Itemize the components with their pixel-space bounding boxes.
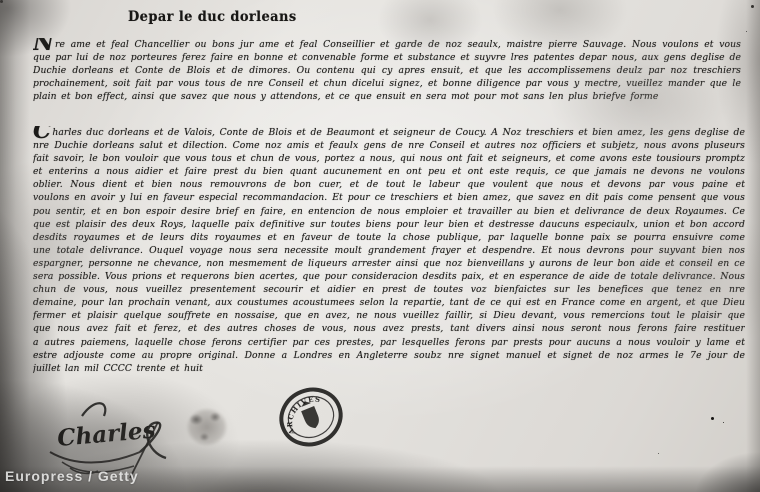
- manuscript-line: oblier. Nous dient et bien nous remouvro…: [33, 178, 745, 191]
- address-paragraph: Nre ame et feal Chancellier ou bons jur …: [33, 38, 741, 103]
- manuscript-line: fait savoir, le bon vouloir que vous tou…: [33, 152, 745, 165]
- manuscript-line: demaine, pour lan prochain venant, aux c…: [33, 296, 745, 309]
- manuscript-line: Charles duc dorleans et de Valois, Conte…: [33, 126, 745, 139]
- ink-specks: [0, 0, 3, 3]
- manuscript-line: a autres paiemens, laquelle chose ferons…: [33, 336, 745, 349]
- manuscript-line: que est plaisir des deux Roys, laquelle …: [33, 218, 745, 231]
- manuscript-line: desdits royaumes et de leurs dits royaum…: [33, 231, 745, 244]
- manuscript-line: plain et bon effect, ainsi que savez que…: [33, 90, 741, 103]
- manuscript-line: fermer et plaisir quelque souffrete en n…: [33, 309, 745, 322]
- manuscript-line: espargner, personne ne chevance, non mes…: [33, 257, 745, 270]
- manuscript-line: juillet lan mil CCCC trente et huit: [33, 362, 745, 375]
- manuscript-line: une totale delivrance. Ouquel voyage nou…: [33, 244, 745, 257]
- manuscript-line: Nre ame et feal Chancellier ou bons jur …: [33, 38, 741, 51]
- manuscript-line: pou sentir, et en bon espoir desire brie…: [33, 205, 745, 218]
- credit-watermark: Europress / Getty: [5, 468, 139, 484]
- body-paragraph: Charles duc dorleans et de Valois, Conte…: [33, 126, 745, 375]
- manuscript-line: que nous avez fait et ferez, et des autr…: [33, 322, 745, 335]
- manuscript-line: prochainement, soit fait par vous tous d…: [33, 77, 741, 90]
- manuscript-line: voulons en avoir y lui en faveur especia…: [33, 191, 745, 204]
- manuscript-line: que par lui de noz porteures ferez faire…: [33, 51, 741, 64]
- signature-text: Charles: [56, 417, 156, 452]
- stamp-shield-icon: [301, 406, 322, 431]
- manuscript-line: nre Duchie dorleans salut et dilection. …: [33, 139, 745, 152]
- manuscript-photo: Depar le duc dorleans Nre ame et feal Ch…: [0, 0, 760, 492]
- archive-stamp-icon: ARCHIVES: [267, 375, 355, 459]
- manuscript-line: estre adjouste come au propre original. …: [33, 349, 745, 362]
- manuscript-line: Duchie dorleans et Conte de Blois et de …: [33, 64, 741, 77]
- document-heading: Depar le duc dorleans: [128, 10, 297, 26]
- manuscript-line: sera possible. Vous prions et requerons …: [33, 270, 745, 283]
- manuscript-line: et enterins a nous aidier et faire prest…: [33, 165, 745, 178]
- manuscript-line: chun de vous, nous vueillez presentement…: [33, 283, 745, 296]
